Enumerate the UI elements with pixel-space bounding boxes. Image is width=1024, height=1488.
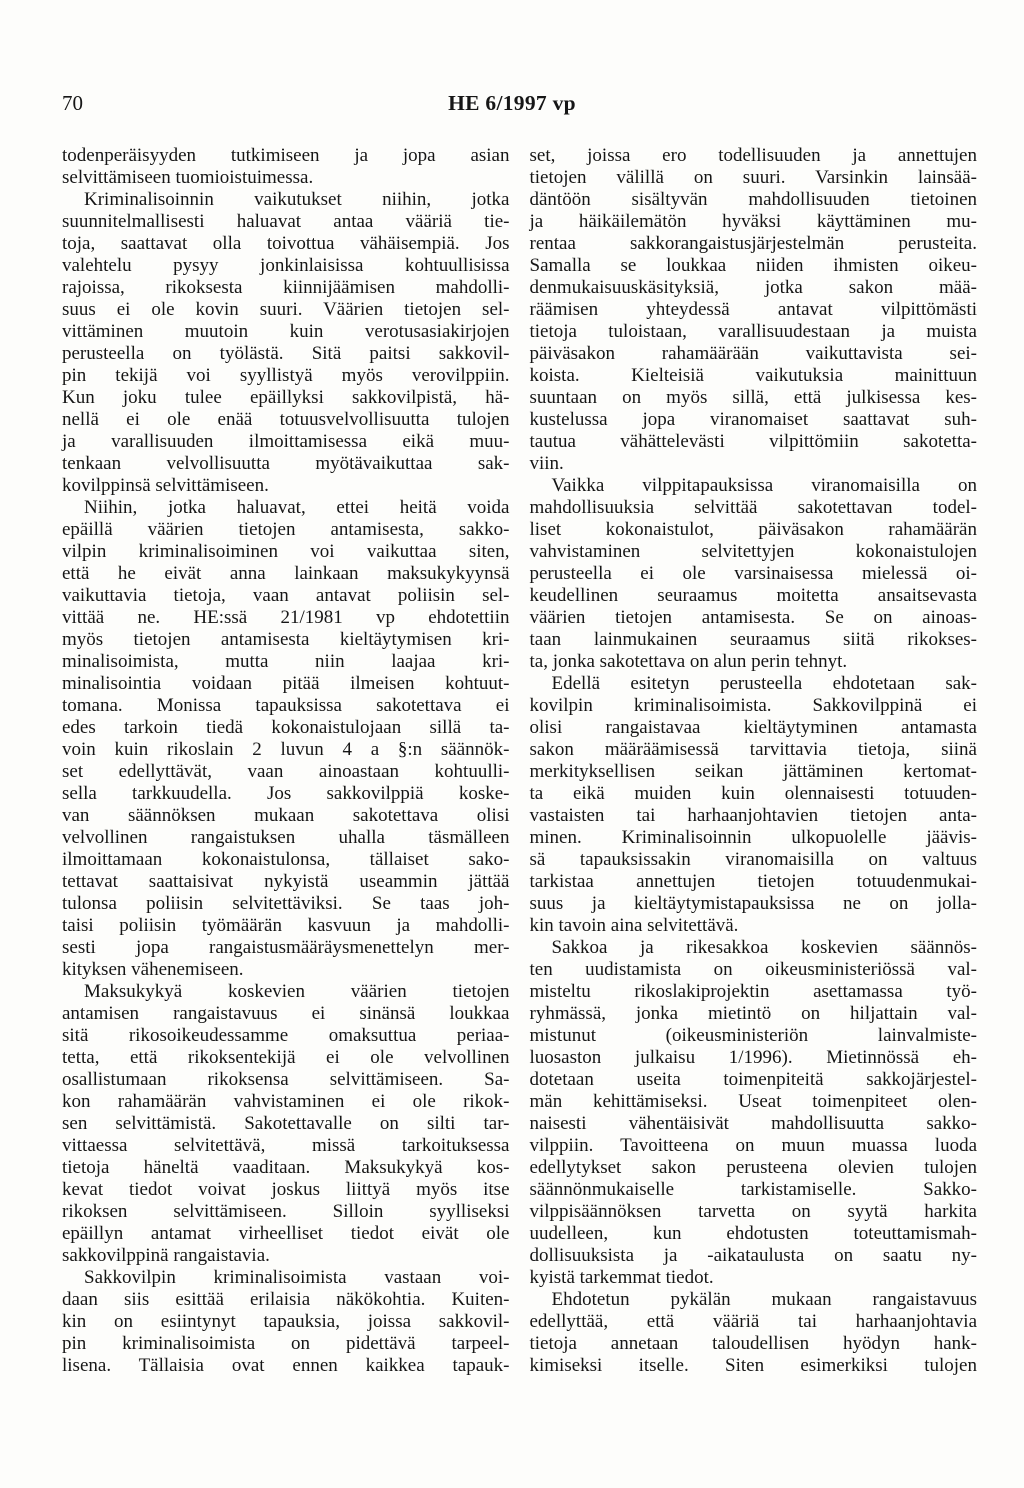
text-line: ilmoittamaan kokonaistulonsa, tällaiset …: [62, 849, 510, 871]
text-line: Sakkovilpin kriminalisoimista vastaan vo…: [62, 1267, 510, 1289]
text-line: perusteella on työlästä. Sitä paitsi sak…: [62, 343, 510, 365]
paragraph: Kriminalisoinnin vaikutukset niihin, jot…: [62, 189, 510, 497]
text-line: kin tavoin aina selvitettävä.: [530, 915, 978, 937]
text-line: toja, saattavat olla toivottua vähäisemp…: [62, 233, 510, 255]
text-line: kimiseksi itselle. Siten esimerkiksi tul…: [530, 1355, 978, 1377]
text-line: set, joissa ero todellisuuden ja annettu…: [530, 145, 978, 167]
text-line: perusteella ei ole varsinaisessa mieless…: [530, 563, 978, 585]
text-line: suuntaan on myös sillä, että julkisessa …: [530, 387, 978, 409]
text-line: daan siis esittää erilaisia näkökohtia. …: [62, 1289, 510, 1311]
text-line: uudelleen, kun ehdotusten toteuttamismah…: [530, 1223, 978, 1245]
text-line: ten uudistamista on oikeusministeriössä …: [530, 959, 978, 981]
text-line: naisesti vähentäisivät mahdollisuutta sa…: [530, 1113, 978, 1135]
text-line: Kriminalisoinnin vaikutukset niihin, jot…: [62, 189, 510, 211]
text-line: pin tekijä voi syyllistyä myös verovilpp…: [62, 365, 510, 387]
text-line: rikoksen selvittämiseen. Silloin syyllis…: [62, 1201, 510, 1223]
text-line: vastaisten tai harhaanjohtavien tietojen…: [530, 805, 978, 827]
text-line: tietoja häneltä vaaditaan. Maksukykyä ko…: [62, 1157, 510, 1179]
text-line: lisena. Tällaisia ovat ennen kaikkea tap…: [62, 1355, 510, 1377]
paragraph: Ehdotetun pykälän mukaan rangaistavuused…: [530, 1289, 978, 1377]
text-line: vittaessa selvitettävä, missä tarkoituks…: [62, 1135, 510, 1157]
text-line: rajoissa, rikoksesta kiinnijäämisen mahd…: [62, 277, 510, 299]
text-line: tetta, että rikoksentekijä ei ole velvol…: [62, 1047, 510, 1069]
paragraph: Vaikka vilppitapauksissa viranomaisilla …: [530, 475, 978, 673]
text-line: sakon määräämisessä tarvittavia tietoja,…: [530, 739, 978, 761]
text-line: däntöön sisältyvän mahdollisuuden tietoi…: [530, 189, 978, 211]
text-line: tomana. Monissa tapauksissa sakotettava …: [62, 695, 510, 717]
text-line: sesti jopa rangaistusmääräysmenettelyn m…: [62, 937, 510, 959]
text-line: edellyttää, että vääriä tai harhaanjohta…: [530, 1311, 978, 1333]
text-line: minalisointia voidaan pitää ilmeisen koh…: [62, 673, 510, 695]
text-line: Ehdotetun pykälän mukaan rangaistavuus: [530, 1289, 978, 1311]
paragraph: Sakkovilpin kriminalisoimista vastaan vo…: [62, 1267, 510, 1377]
text-line: kustelussa jopa viranomaiset saattavat s…: [530, 409, 978, 431]
text-line: osallistumaan rikoksensa selvittämiseen.…: [62, 1069, 510, 1091]
text-line: kityksen vähenemiseen.: [62, 959, 510, 981]
text-line: män kehittämiseksi. Useat toimenpiteet o…: [530, 1091, 978, 1113]
text-line: tulonsa poliisin selvitettäviksi. Se taa…: [62, 893, 510, 915]
text-line: todenperäisyyden tutkimiseen ja jopa asi…: [62, 145, 510, 167]
text-line: epäillä väärien tietojen antamisesta, sa…: [62, 519, 510, 541]
text-line: vilppisäännöksen tarvetta on syytä harki…: [530, 1201, 978, 1223]
text-line: vittää ne. HE:ssä 21/1981 vp ehdotettiin: [62, 607, 510, 629]
text-line: kon rahamäärän vahvistaminen ei ole riko…: [62, 1091, 510, 1113]
text-line: kin on esiintynyt tapauksia, joissa sakk…: [62, 1311, 510, 1333]
text-line: kovilpin kriminalisoimista. Sakkovilppin…: [530, 695, 978, 717]
text-line: tautua vähättelevästi vilpittömiin sakot…: [530, 431, 978, 453]
text-line: denmukaisuuskäsityksiä, jotka sakon mää-: [530, 277, 978, 299]
text-line: selvittämiseen tuomioistuimessa.: [62, 167, 510, 189]
text-line: valehtelu pysyy jonkinlaisissa kohtuulli…: [62, 255, 510, 277]
text-line: säännönmukaiselle tarkistamiselle. Sakko…: [530, 1179, 978, 1201]
paragraph: set, joissa ero todellisuuden ja annettu…: [530, 145, 978, 475]
text-line: voin kuin rikoslain 2 luvun 4 a §:n sään…: [62, 739, 510, 761]
text-line: vilpin kriminalisoiminen voi vaikuttaa s…: [62, 541, 510, 563]
text-line: myös tietojen antamisesta kieltäytymisen…: [62, 629, 510, 651]
text-line: tietoja tuloistaan, varallisuudestaan ja…: [530, 321, 978, 343]
text-line: tarkistaa annettujen tietojen totuudenmu…: [530, 871, 978, 893]
paragraph: Niihin, jotka haluavat, ettei heitä void…: [62, 497, 510, 981]
text-line: väärien tietojen antamisesta. Se on aino…: [530, 607, 978, 629]
text-line: dollisuuksista ja -aikataulusta on saatu…: [530, 1245, 978, 1267]
text-line: taisi poliisin työmäärän kasvuun ja mahd…: [62, 915, 510, 937]
text-line: Edellä esitetyn perusteella ehdotetaan s…: [530, 673, 978, 695]
text-line: sitä rikosoikeudessamme omaksuttua peria…: [62, 1025, 510, 1047]
text-line: merkityksellisen seikan jättäminen kerto…: [530, 761, 978, 783]
column-left: todenperäisyyden tutkimiseen ja jopa asi…: [62, 145, 510, 1377]
text-line: ryhmässä, jonka mietintö on hiljattain v…: [530, 1003, 978, 1025]
paragraph: Edellä esitetyn perusteella ehdotetaan s…: [530, 673, 978, 937]
text-line: sä tapauksissakin viranomaisilla on valt…: [530, 849, 978, 871]
text-line: vittäminen muutoin kuin verotusasiakirjo…: [62, 321, 510, 343]
text-line: rentaa sakkorangaistusjärjestelmän perus…: [530, 233, 978, 255]
text-line: nellä ei ole enää totuusvelvollisuutta t…: [62, 409, 510, 431]
text-line: suus ja kieltäytymistapauksissa ne on jo…: [530, 893, 978, 915]
page-body: todenperäisyyden tutkimiseen ja jopa asi…: [62, 145, 977, 1377]
text-line: tietoja annetaan taloudellisen hyödyn ha…: [530, 1333, 978, 1355]
text-line: velvollinen rangaistuksen uhalla täsmäll…: [62, 827, 510, 849]
paragraph: Sakkoa ja rikesakkoa koskevien säännös-t…: [530, 937, 978, 1289]
text-line: koista. Kielteisiä vaikutuksia mainittuu…: [530, 365, 978, 387]
text-line: että he eivät anna lainkaan maksukykyyns…: [62, 563, 510, 585]
document-page: 70 HE 6/1997 vp todenperäisyyden tutkimi…: [0, 0, 1024, 1488]
text-line: sen selvittämistä. Sakotettavalle on sil…: [62, 1113, 510, 1135]
text-line: räämisen yhteydessä antavat vilpittömäst…: [530, 299, 978, 321]
text-line: suunnitelmallisesti haluavat antaa vääri…: [62, 211, 510, 233]
text-line: ta, jonka sakotettava on alun perin tehn…: [530, 651, 978, 673]
text-line: minalisoimista, mutta niin laajaa kri-: [62, 651, 510, 673]
text-line: antamisen rangaistavuus ei sinänsä loukk…: [62, 1003, 510, 1025]
page-number: 70: [62, 90, 83, 116]
text-line: kevat tiedot voivat joskus liittyä myös …: [62, 1179, 510, 1201]
text-line: tenkaan velvollisuutta myötävaikuttaa sa…: [62, 453, 510, 475]
text-line: sella tarkkuudella. Jos sakkovilppiä kos…: [62, 783, 510, 805]
text-line: tietojen välillä on suuri. Varsinkin lai…: [530, 167, 978, 189]
text-line: päiväsakon rahamäärään vaikuttavista sei…: [530, 343, 978, 365]
text-line: minen. Kriminalisoinnin ulkopuolelle jää…: [530, 827, 978, 849]
column-right: set, joissa ero todellisuuden ja annettu…: [530, 145, 978, 1377]
text-line: vilppiin. Tavoitteena on muun muassa luo…: [530, 1135, 978, 1157]
text-line: vaikuttavia tietoja, vaan antavat poliis…: [62, 585, 510, 607]
text-line: kyistä tarkemmat tiedot.: [530, 1267, 978, 1289]
text-line: mistunut (oikeusministeriön lainvalmiste…: [530, 1025, 978, 1047]
text-line: Maksukykyä koskevien väärien tietojen: [62, 981, 510, 1003]
text-line: edes tarkoin tiedä kokonaistulojaan sill…: [62, 717, 510, 739]
text-line: edellytykset sakon perusteena olevien tu…: [530, 1157, 978, 1179]
text-line: Samalla se loukkaa niiden ihmisten oikeu…: [530, 255, 978, 277]
text-line: epäillyn antamat virheelliset tiedot eiv…: [62, 1223, 510, 1245]
text-line: ja varallisuuden ilmoittamisessa eikä mu…: [62, 431, 510, 453]
page-header: 70 HE 6/1997 vp: [0, 90, 1024, 120]
text-line: vahvistaminen selvitettyjen kokonaistulo…: [530, 541, 978, 563]
text-line: liset kokonaistulot, päiväsakon rahamäär…: [530, 519, 978, 541]
text-line: keudellinen seuraamus moitetta ansaitsev…: [530, 585, 978, 607]
text-line: viin.: [530, 453, 978, 475]
text-line: Vaikka vilppitapauksissa viranomaisilla …: [530, 475, 978, 497]
text-line: ja häikäilemätön hyväksi käyttäminen mu-: [530, 211, 978, 233]
text-line: Sakkoa ja rikesakkoa koskevien säännös-: [530, 937, 978, 959]
text-line: Niihin, jotka haluavat, ettei heitä void…: [62, 497, 510, 519]
text-line: tettavat saattaisivat nykyistä useammin …: [62, 871, 510, 893]
text-line: mahdollisuuksia selvittää sakotettavan t…: [530, 497, 978, 519]
text-line: Kun joku tulee epäillyksi sakkovilpistä,…: [62, 387, 510, 409]
text-line: kovilppinsä selvittämiseen.: [62, 475, 510, 497]
text-line: luosaston julkaisu 1/1996). Mietinnössä …: [530, 1047, 978, 1069]
paragraph: Maksukykyä koskevien väärien tietojenant…: [62, 981, 510, 1267]
text-line: pin kriminalisoimista on pidettävä tarpe…: [62, 1333, 510, 1355]
paragraph: todenperäisyyden tutkimiseen ja jopa asi…: [62, 145, 510, 189]
text-line: taan lainmukainen seuraamus siitä rikoks…: [530, 629, 978, 651]
text-line: misteltu rikoslakiprojektin asettamassa …: [530, 981, 978, 1003]
text-line: ta eikä muiden kuin olennaisesti totuude…: [530, 783, 978, 805]
text-line: set edellyttävät, vaan ainoastaan kohtuu…: [62, 761, 510, 783]
header-title: HE 6/1997 vp: [0, 90, 1024, 116]
text-line: sakkovilppinä rangaistavia.: [62, 1245, 510, 1267]
text-line: suus ei ole kovin suuri. Väärien tietoje…: [62, 299, 510, 321]
text-line: olisi rangaistavaa kieltäytyminen antama…: [530, 717, 978, 739]
text-line: dotetaan useita toimenpiteitä sakkojärje…: [530, 1069, 978, 1091]
text-line: van säännöksen mukaan sakotettava olisi: [62, 805, 510, 827]
